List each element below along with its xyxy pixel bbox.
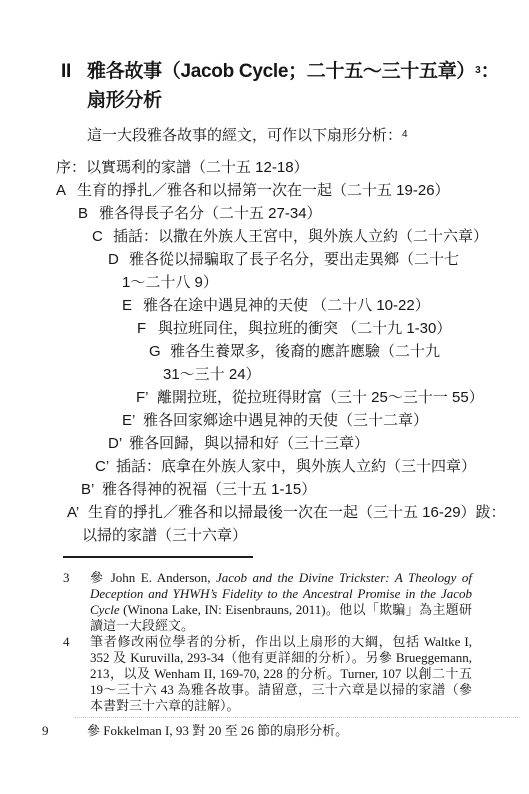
outline-line: D’雅各回歸，與以掃和好（三十三章） [108,432,529,455]
footnote: 4筆者修改兩位學者的分析，作出以上扇形的大綱，包括 Waltke I, 352 … [63,634,472,714]
outline-text: 生育的掙扎／雅各和以掃第一次在一起（二十五 19-26） [77,182,450,199]
heading-line2: 扇形分析 [87,86,529,115]
footnote-number: 4 [63,634,70,650]
outline-label: A’ [67,501,88,524]
heading-colon: ： [481,61,500,82]
outline-text: 雅各回家鄉途中遇見神的天使（三十二章） [143,412,428,429]
document-page: II 雅各故事（Jacob Cycle；二十五～三十五章）3： 扇形分析 這一大… [0,0,529,794]
intro-text: 這一大段雅各故事的經文，可作以下扇形分析： [87,127,402,144]
outline-label: D’ [108,432,129,455]
outline-text: 生育的掙扎／雅各和以掃最後一次在一起（三十五 16-29）跋： [88,504,506,521]
outline-line: F’離開拉班，從拉班得財富（三十 25～三十一 55） [136,386,529,409]
outline-label: F [137,317,158,340]
outline-text: 雅各回歸，與以掃和好（三十三章） [129,435,369,452]
outline-line: E雅各在途中遇見神的天使 （二十八 10-22） [122,294,529,317]
footnote-text: 參 Fokkelman I, 93 對 20 至 26 節的扇形分析。 [87,723,348,738]
outline-line: 1～二十八 9） [122,271,529,294]
outline-text: 雅各生養眾多，後裔的應許應驗（二十九 [170,343,440,360]
outline-text: 離開拉班，從拉班得財富（三十 25～三十一 55） [157,389,484,406]
outline-line: C插話：以撒在外族人王宮中，與外族人立約（二十六章） [92,225,529,248]
outline-line: B雅各得長子名分（二十五 27-34） [78,202,529,225]
footnote-number: 3 [63,570,70,586]
scan-artifact-line [75,717,520,718]
outline-line: D雅各從以掃騙取了長子名分，要出走異鄉（二十七 [108,248,529,271]
footnote-ref-4: 4 [402,129,408,140]
outline-line: B’雅各得神的祝福（三十五 1-15） [81,478,529,501]
outline-text: 雅各在途中遇見神的天使 （二十八 10-22） [143,297,430,314]
footnote-text: 筆者修改兩位學者的分析，作出以上扇形的大綱，包括 Waltke I, 352 及… [90,634,472,713]
section-heading: II 雅各故事（Jacob Cycle；二十五～三十五章）3： 扇形分析 [61,57,529,115]
outline-line: F與拉班同住，與拉班的衝突 （二十九 1-30） [137,317,529,340]
footnotes-section: 3參 John E. Anderson, Jacob and the Divin… [63,570,472,714]
outline-text: 雅各從以掃騙取了長子名分，要出走異鄉（二十七 [129,251,459,268]
footnote-ref-3: 3 [475,65,481,76]
outline-line: E’雅各回家鄉途中遇見神的天使（三十二章） [122,409,529,432]
footnote: 3參 John E. Anderson, Jacob and the Divin… [63,570,472,634]
outline-label: B’ [81,478,102,501]
outline-text: 序：以實瑪利的家譜（二十五 12-18） [56,159,309,176]
outline-text: 與拉班同住，與拉班的衝突 （二十九 1-30） [158,320,451,337]
outline-label: B [78,202,99,225]
outline-text: 插話：以撒在外族人王宮中，與外族人立約（二十六章） [113,228,488,245]
outline-text: 1～二十八 9） [122,274,218,291]
outline-line: 以掃的家譜（三十六章） [82,524,529,547]
outline-text: 雅各得長子名分（二十五 27-34） [99,205,322,222]
footnote-separator-rule [63,556,253,558]
outline-label: A [56,179,77,202]
heading-body: 雅各故事（Jacob Cycle；二十五～三十五章）3： 扇形分析 [87,57,529,115]
outline-line: A’生育的掙扎／雅各和以掃最後一次在一起（三十五 16-29）跋： [67,501,529,524]
footnote-9: 9 參 Fokkelman I, 93 對 20 至 26 節的扇形分析。 [42,722,508,739]
heading-line1: 雅各故事（Jacob Cycle；二十五～三十五章）3： [87,57,529,86]
footnote-text: 參 John E. Anderson, [90,570,216,585]
outline-label: C [92,225,113,248]
footnote-number: 9 [42,722,49,739]
outline-line: 序：以實瑪利的家譜（二十五 12-18） [56,156,529,179]
outline-line: A生育的掙扎／雅各和以掃第一次在一起（二十五 19-26） [56,179,529,202]
outline-text: 以掃的家譜（三十六章） [82,527,247,544]
outline-text: 31～三十 24） [163,366,261,383]
heading-numeral: II [61,57,87,115]
outline-label: E’ [122,409,143,432]
outline-label: F’ [136,386,157,409]
outline-text: 插話：底拿在外族人家中，與外族人立約（三十四章） [116,458,476,475]
outline-line: G雅各生養眾多，後裔的應許應驗（二十九 [149,340,529,363]
chiastic-outline: 序：以實瑪利的家譜（二十五 12-18）A生育的掙扎／雅各和以掃第一次在一起（二… [42,156,529,547]
footnote-text: (Winona Lake, IN: Eisenbrauns, 2011)。他以「… [90,602,472,633]
outline-label: G [149,340,170,363]
intro-paragraph: 這一大段雅各故事的經文，可作以下扇形分析：4 [87,126,529,146]
outline-label: D [108,248,129,271]
outline-label: E [122,294,143,317]
outline-label: C’ [95,455,116,478]
outline-line: 31～三十 24） [163,363,529,386]
heading-title-text: 雅各故事（Jacob Cycle；二十五～三十五章） [87,61,475,82]
outline-line: C’插話：底拿在外族人家中，與外族人立約（三十四章） [95,455,529,478]
outline-text: 雅各得神的祝福（三十五 1-15） [102,481,316,498]
